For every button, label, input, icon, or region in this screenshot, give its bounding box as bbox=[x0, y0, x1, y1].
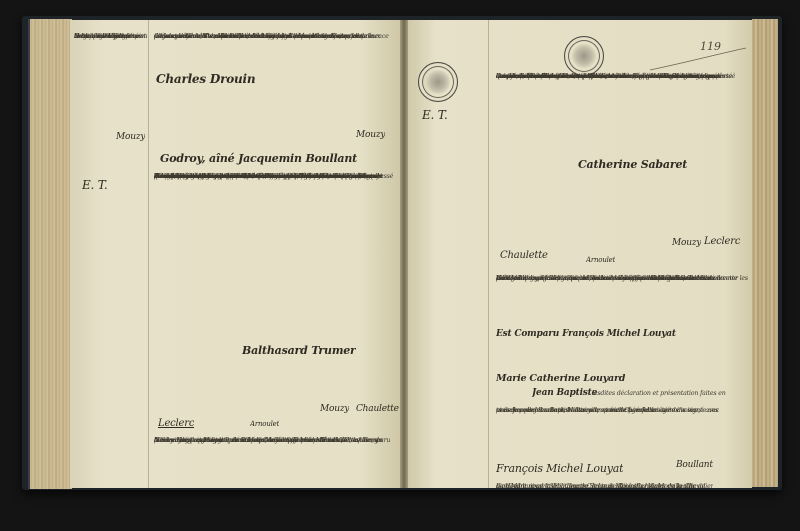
entry-3: L'an mil huit cent vingt quatre le dix M… bbox=[154, 416, 398, 434]
entry-heading-signatures: Godroy, aîné Jacquemin Boullant bbox=[160, 152, 357, 165]
margin-initials: E. T. bbox=[82, 178, 107, 192]
book-gutter bbox=[400, 20, 408, 488]
entry-line: avec nous le présent acte après lecture … bbox=[496, 70, 631, 85]
child-name: Catherine Sabaret bbox=[578, 158, 687, 171]
signature: Leclerc bbox=[704, 236, 740, 247]
mother-name: Marie Catherine Louyard bbox=[496, 373, 625, 384]
signature: Mouzy bbox=[672, 238, 701, 248]
margin-rule bbox=[488, 20, 489, 488]
child-name: Charles Drouin bbox=[156, 72, 255, 86]
entry-line: nous le présent acte après lecture faite… bbox=[154, 170, 273, 185]
signature: Mouzy bbox=[320, 404, 349, 414]
signature: Chaulette bbox=[500, 250, 548, 261]
entry-line: son épouse et auquel il a déclaré donner… bbox=[496, 272, 748, 287]
page-number-flourish-icon bbox=[648, 44, 748, 72]
margin-initials: E. T. bbox=[422, 108, 447, 122]
father-prefix: Est Comparu bbox=[496, 329, 559, 339]
margin-note-line: Drouin dix-sept ans bbox=[74, 30, 132, 45]
left-page: reconnu et légitimé par le Mariage Contr… bbox=[70, 20, 400, 488]
margin-rule bbox=[148, 20, 149, 488]
signature: Chaulette bbox=[356, 404, 399, 414]
entry-line: lesdites déclaration et présentation fai… bbox=[592, 387, 726, 401]
seal-portrait-stamp bbox=[418, 62, 458, 102]
right-page: E. T. 119 du soir, du dix d'après l'avis… bbox=[408, 20, 752, 488]
entry-line: nous le présent acte de Naissance après … bbox=[496, 404, 657, 419]
signature: Boullant bbox=[676, 460, 713, 470]
child-name: Balthasard Trumer bbox=[242, 344, 356, 357]
father-name: Est Comparu François Michel Louyat bbox=[496, 329, 676, 339]
entry-line: demeurant, lequel nous a déclaré que le … bbox=[154, 434, 383, 449]
margin-signature: Mouzy bbox=[116, 132, 145, 142]
signature: François Michel Louyat bbox=[496, 462, 623, 475]
signature: Arnoulet bbox=[586, 256, 615, 264]
entry-line: de l'Ordre royal et Militaire de St Loui… bbox=[496, 480, 705, 488]
signature: Mouzy bbox=[356, 130, 385, 140]
father-name-text: François Michel Louyat bbox=[562, 329, 676, 339]
entry-line: présent acte de Naissance après lecture … bbox=[154, 30, 292, 45]
entry-line: prénoms de bbox=[496, 272, 532, 287]
left-page-edges bbox=[28, 19, 72, 489]
right-page-edges bbox=[752, 19, 778, 487]
child-name: Jean Baptiste bbox=[532, 388, 597, 398]
